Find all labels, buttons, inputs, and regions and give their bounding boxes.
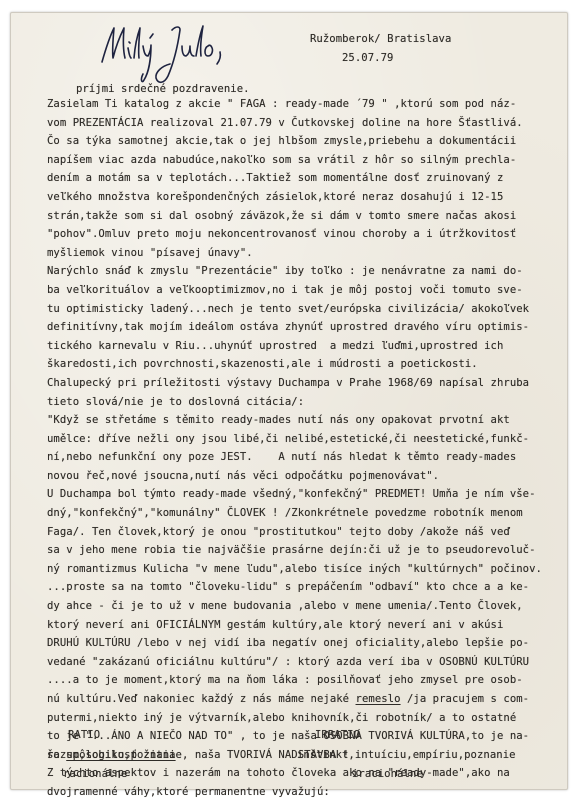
- letter-line: ktorý neverí ani OFICIÁLNYM gestám kultú…: [47, 616, 542, 635]
- letter-line: definitívny,tak mojím ideálom ostáva zhy…: [47, 318, 542, 337]
- letter-line: škaredosti,ich povrchnosti,skazenosti,al…: [47, 355, 542, 374]
- letter-line: putermi,niekto iný je výtvarník,alebo kn…: [47, 709, 542, 728]
- letter-place: Ružomberok/ Bratislava: [310, 30, 451, 49]
- letter-line: nú kultúru.Veď nakoniec každý z nás máme…: [47, 690, 542, 709]
- letter-line: sa v jeho mene robia tie najväčšie prasá…: [47, 541, 542, 560]
- letter-line: "pohov".Omluv preto moju nekoncentrovano…: [47, 225, 542, 244]
- letter-line: tu optimisticky ladený...nech je tento s…: [47, 300, 542, 319]
- letter-line: Chalupecký pri príležitosti výstavy Duch…: [47, 374, 542, 393]
- letter-line: ba veľkorituálov a veľkooptimizmov,no i …: [47, 281, 542, 300]
- letter-line: ní,nebo nefunkční ony poze JEST. A nutí …: [47, 448, 542, 467]
- letter-line: Faga/. Ten človek,ktorý je onou "prostit…: [47, 523, 542, 542]
- letter-line: DRUHÚ KULTÚRU /lebo v nej vidí iba negat…: [47, 634, 542, 653]
- letter-line: U Duchampa bol týmto ready-made všedný,"…: [47, 485, 542, 504]
- letter-body: Zasielam Ti katalog z akcie " FAGA : rea…: [47, 95, 542, 800]
- ratio-label: racionálne: [63, 765, 127, 784]
- letter-line: Čo sa týka samotnej akcie,tak o jej hlbš…: [47, 132, 542, 151]
- letter-line: napíšem viac azda nabudúce,nakoľko som s…: [47, 151, 542, 170]
- letter-line: ....a to je moment,ktorý ma na ňom láka …: [47, 671, 542, 690]
- letter-line: tického karnevalu v Riu...uhynúť uprostr…: [47, 337, 542, 356]
- letter-line: umělce: dříve nežli ony jsou libé,či nel…: [47, 430, 542, 449]
- letter-line: tieto slová/nie je to doslovná citácia/:: [47, 393, 542, 412]
- letter-date: 25.07.79: [342, 49, 393, 68]
- ratio-items: rozum,logiku,poznanie: [47, 746, 182, 765]
- letter-line: ...proste sa na tomto "človeku-lidu" s p…: [47, 578, 542, 597]
- letter-line: veľkého množstva korešpondenčných zásiel…: [47, 188, 542, 207]
- irratio-label: iracionálne: [352, 765, 423, 784]
- letter-line: Narýchlo snáď k zmyslu "Prezentácie" iby…: [47, 262, 542, 281]
- underlined-phrase: remeslo: [356, 693, 401, 705]
- ratio-heading: RATIO: [68, 726, 100, 745]
- letter-line: dením a motám sa v teplotách...Taktiež s…: [47, 169, 542, 188]
- letter-line: myšliemok vinou "písavej únavy".: [47, 244, 542, 263]
- letter-line: ný romantizmus Kulicha "v mene ľudu",ale…: [47, 560, 542, 579]
- letter-line: vom PREZENTÁCIA realizoval 21.07.79 v Ču…: [47, 114, 542, 133]
- letter-line: strán,takže som si dal osobný záväzok,že…: [47, 207, 542, 226]
- letter-line: vedané "zakázanú oficiálnu kultúru"/ : k…: [47, 653, 542, 672]
- letter-line: dy ahce - či je to už v mene budovania ,…: [47, 597, 542, 616]
- irratio-heading: IRRATIO: [315, 726, 360, 745]
- letter-line: "Když se střetáme s těmito ready-mades n…: [47, 411, 542, 430]
- letter-line: Zasielam Ti katalog z akcie " FAGA : rea…: [47, 95, 542, 114]
- letter-line: dný,"konfekčný","komunálny" ČLOVEK ! /Zk…: [47, 504, 542, 523]
- irratio-items: inštinkt,intuíciu,empíriu,poznanie: [297, 746, 516, 765]
- letter-line: dvojramenné váhy,ktoré permanentne vyvaž…: [47, 783, 542, 800]
- letter-line: to je "...ÁNO A NIEČO NAD TO" , to je na…: [47, 727, 542, 746]
- letter-line: novou řeč,nové jsoucna,nutí nás věci odp…: [47, 467, 542, 486]
